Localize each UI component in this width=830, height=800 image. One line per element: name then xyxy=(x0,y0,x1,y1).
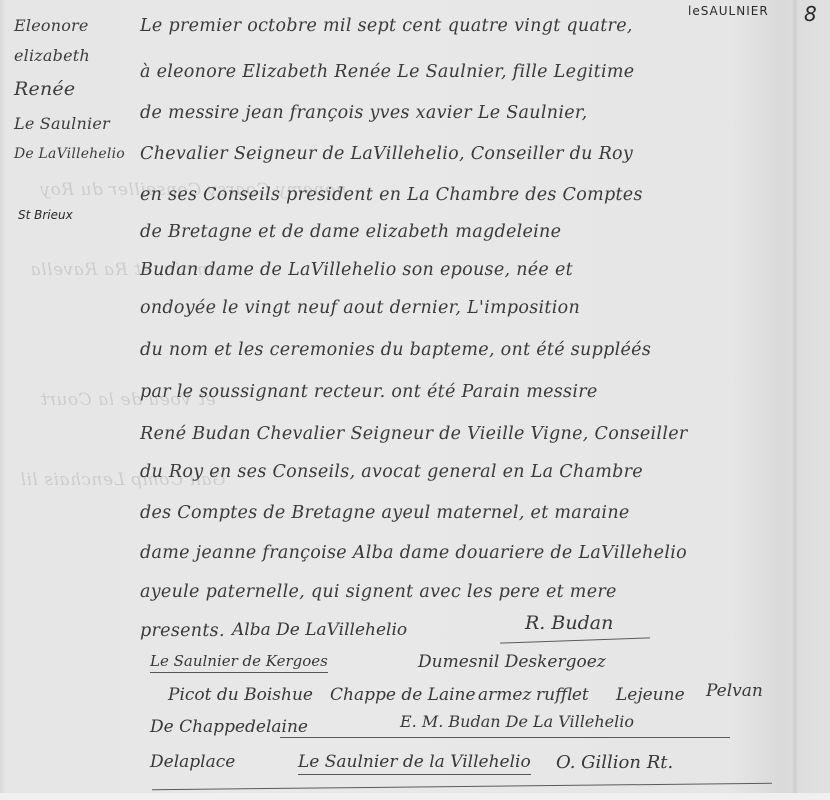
body-line: de Bretagne et de dame elizabeth magdele… xyxy=(140,222,790,242)
body-line: dame jeanne françoise Alba dame douarier… xyxy=(140,543,790,563)
closing-rule xyxy=(152,783,772,790)
body-line: du Roy en ses Conseils, avocat general e… xyxy=(140,462,790,482)
margin-name-line: Eleonore xyxy=(14,16,89,35)
margin-name-line: De LaVillehelio xyxy=(14,146,125,162)
scan-bottom-edge xyxy=(0,793,830,800)
signature: Chappe de Laine xyxy=(330,685,476,705)
signature: R. Budan xyxy=(525,612,613,634)
body-line: ayeule paternelle, qui signent avec les … xyxy=(140,582,790,602)
place-annotation: St Brieux xyxy=(18,208,73,222)
margin-name-line: Le Saulnier xyxy=(14,114,110,133)
margin-name-line: Renée xyxy=(14,78,75,100)
signature: rufflet xyxy=(536,685,589,705)
signature: Le Saulnier de la Villehelio xyxy=(298,752,531,775)
margin-name-line: elizabeth xyxy=(14,46,90,65)
body-line: presents. xyxy=(140,621,225,641)
signature-flourish xyxy=(500,637,650,643)
body-line: des Comptes de Bretagne ayeul maternel, … xyxy=(140,503,790,523)
signature: Pelvan xyxy=(706,681,763,701)
signature: De Chappedelaine xyxy=(150,717,308,737)
signature: Alba De LaVillehelio xyxy=(232,620,407,640)
signature: Delaplace xyxy=(150,752,235,772)
signature: armez xyxy=(478,685,531,705)
signature: Picot du Boishue xyxy=(168,685,313,705)
signature-underline xyxy=(280,737,730,738)
register-page: nonemy Coarsy Conseiller du Roy amain, e… xyxy=(0,0,830,800)
body-line: René Budan Chevalier Seigneur de Vieille… xyxy=(140,424,790,444)
page-fold xyxy=(792,0,798,800)
signature: Le Saulnier de Kergoes xyxy=(150,652,328,673)
folio-number: 8 xyxy=(804,2,817,26)
body-line: du nom et les ceremonies du bapteme, ont… xyxy=(140,340,790,360)
signature: O. Gillion Rt. xyxy=(556,752,673,773)
body-line: ondoyée le vingt neuf aout dernier, L'im… xyxy=(140,298,790,318)
body-line: Le premier octobre mil sept cent quatre … xyxy=(140,16,790,36)
signature: Dumesnil Deskergoez xyxy=(418,652,606,672)
body-line: Budan dame de LaVillehelio son epouse, n… xyxy=(140,260,790,280)
body-line: en ses Conseils president en La Chambre … xyxy=(140,185,790,205)
body-line: de messire jean françois yves xavier Le … xyxy=(140,103,790,123)
body-line: Chevalier Seigneur de LaVillehelio, Cons… xyxy=(140,144,790,164)
body-line: par le soussignant recteur. ont été Para… xyxy=(140,382,790,402)
signature: Lejeune xyxy=(616,685,685,705)
signature: E. M. Budan De La Villehelio xyxy=(400,712,634,731)
body-line: à eleonore Elizabeth Renée Le Saulnier, … xyxy=(140,62,790,82)
